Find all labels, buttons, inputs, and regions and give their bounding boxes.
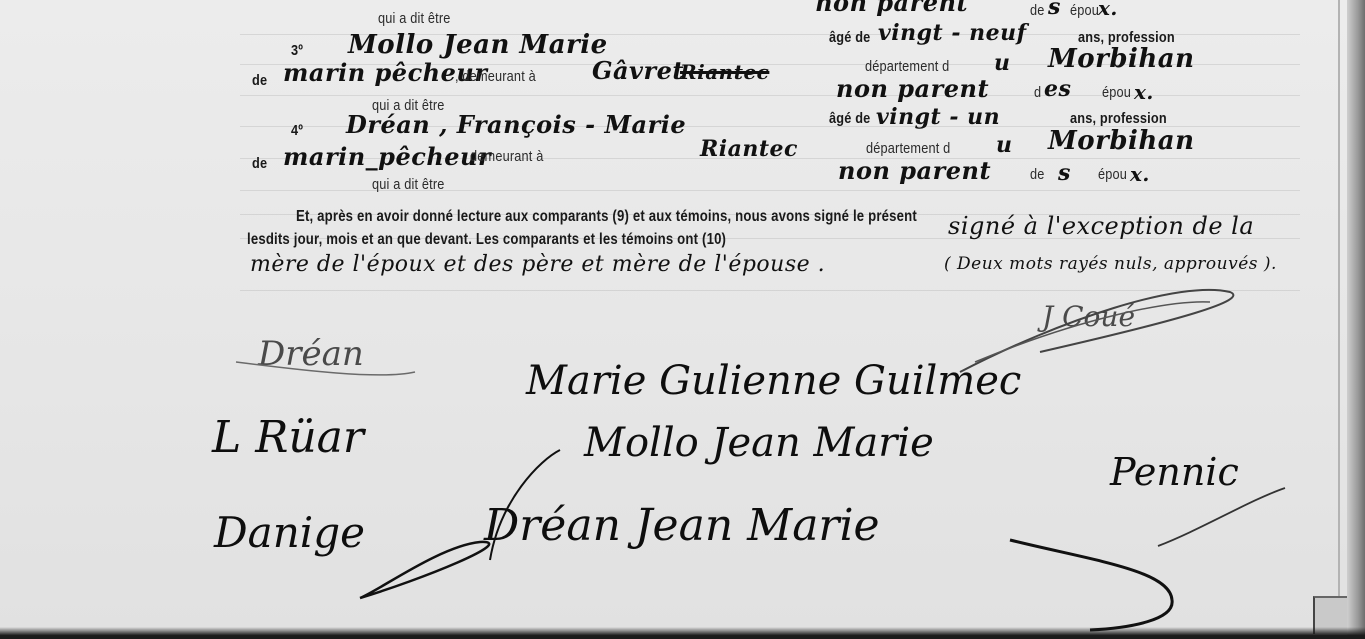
witness3-residence: Gâvret [592,56,684,85]
witness4-epou-label: épou [1098,166,1127,183]
witness4-qui-label: qui a dit être [372,176,445,193]
witness2-epou-label: épou [1070,2,1099,19]
closing-signed-exception: signé à l'exception de la [948,212,1254,240]
witness2-relation: non parent [815,0,968,17]
witness2-qui-label: qui a dit être [378,10,451,27]
witness4-departement: Morbihan [1048,126,1195,156]
witness4-profession: marin_pêcheur [283,142,491,171]
witness4-ans-label: ans, profession [1070,110,1167,127]
signature-pennic: Pennic [1110,450,1239,494]
witness4-age: vingt - un [876,104,1000,130]
witness3-age: vingt - neuf [878,20,1027,46]
witness3-residence-struck: Riantec [680,60,769,84]
witness3-x: x. [1134,80,1154,104]
witness3-epou-label: épou [1102,84,1131,101]
witness3-demeurant-label: , demeurant à [455,68,536,85]
page-bottom-shadow [0,627,1365,639]
witness4-s: s [1058,160,1071,186]
signature-le-ruar: L Rüar [212,412,364,463]
page-binding-edge [1347,0,1365,639]
closing-mother-exception: mère de l'époux et des père et mère de l… [250,252,825,277]
witness3-number: 3º [291,42,303,59]
witness4-departement-suffix: u [996,132,1013,158]
witness4-number: 4º [291,122,303,139]
register-page: non parent de s épou x. qui a dit être 3… [0,0,1350,630]
witness4-residence: Riantec [700,136,798,162]
closing-line1: Et, après en avoir donné lecture aux com… [296,208,917,226]
witness3-departement: Morbihan [1048,44,1195,74]
page-margin-line [1338,0,1340,600]
signature-marie-gulienne: Marie Gulienne Guilmec [526,358,1021,404]
witness4-relation: non parent [838,156,991,185]
signature-drean-jean-marie: Dréan Jean Marie [484,500,880,551]
witness4-departement-label: département d [866,140,950,157]
witness2-de-label: de [1030,2,1045,19]
closing-approval-note: ( Deux mots rayés nuls, approuvés ). [944,254,1277,274]
signature-drean-faint: Dréan [258,334,364,374]
witness3-d-label: d [1034,84,1041,101]
witness3-age-label: âgé de [829,29,870,46]
witness2-s: s [1048,0,1061,20]
witness4-name: Dréan , François - Marie [346,110,686,139]
witness4-de2-label: de [1030,166,1045,183]
witness3-de-label: de [252,72,267,89]
witness3-name: Mollo Jean Marie [348,30,608,60]
witness3-departement-suffix: u [994,50,1011,76]
ruled-line [240,290,1300,291]
signature-mollo: Mollo Jean Marie [584,420,934,466]
signature-officer: J Coué [1042,300,1135,333]
witness4-x: x. [1130,162,1150,186]
witness3-relation: non parent [836,74,989,103]
witness4-demeurant-label: demeurant à [470,148,543,165]
witness3-es: es [1044,76,1071,102]
signature-daniel: Danige [214,508,365,557]
closing-line2: lesdits jour, mois et an que devant. Les… [247,231,726,249]
witness4-de-label: de [252,155,267,172]
witness2-x: x. [1098,0,1118,20]
witness3-departement-label: département d [865,58,949,75]
witness4-age-label: âgé de [829,110,870,127]
